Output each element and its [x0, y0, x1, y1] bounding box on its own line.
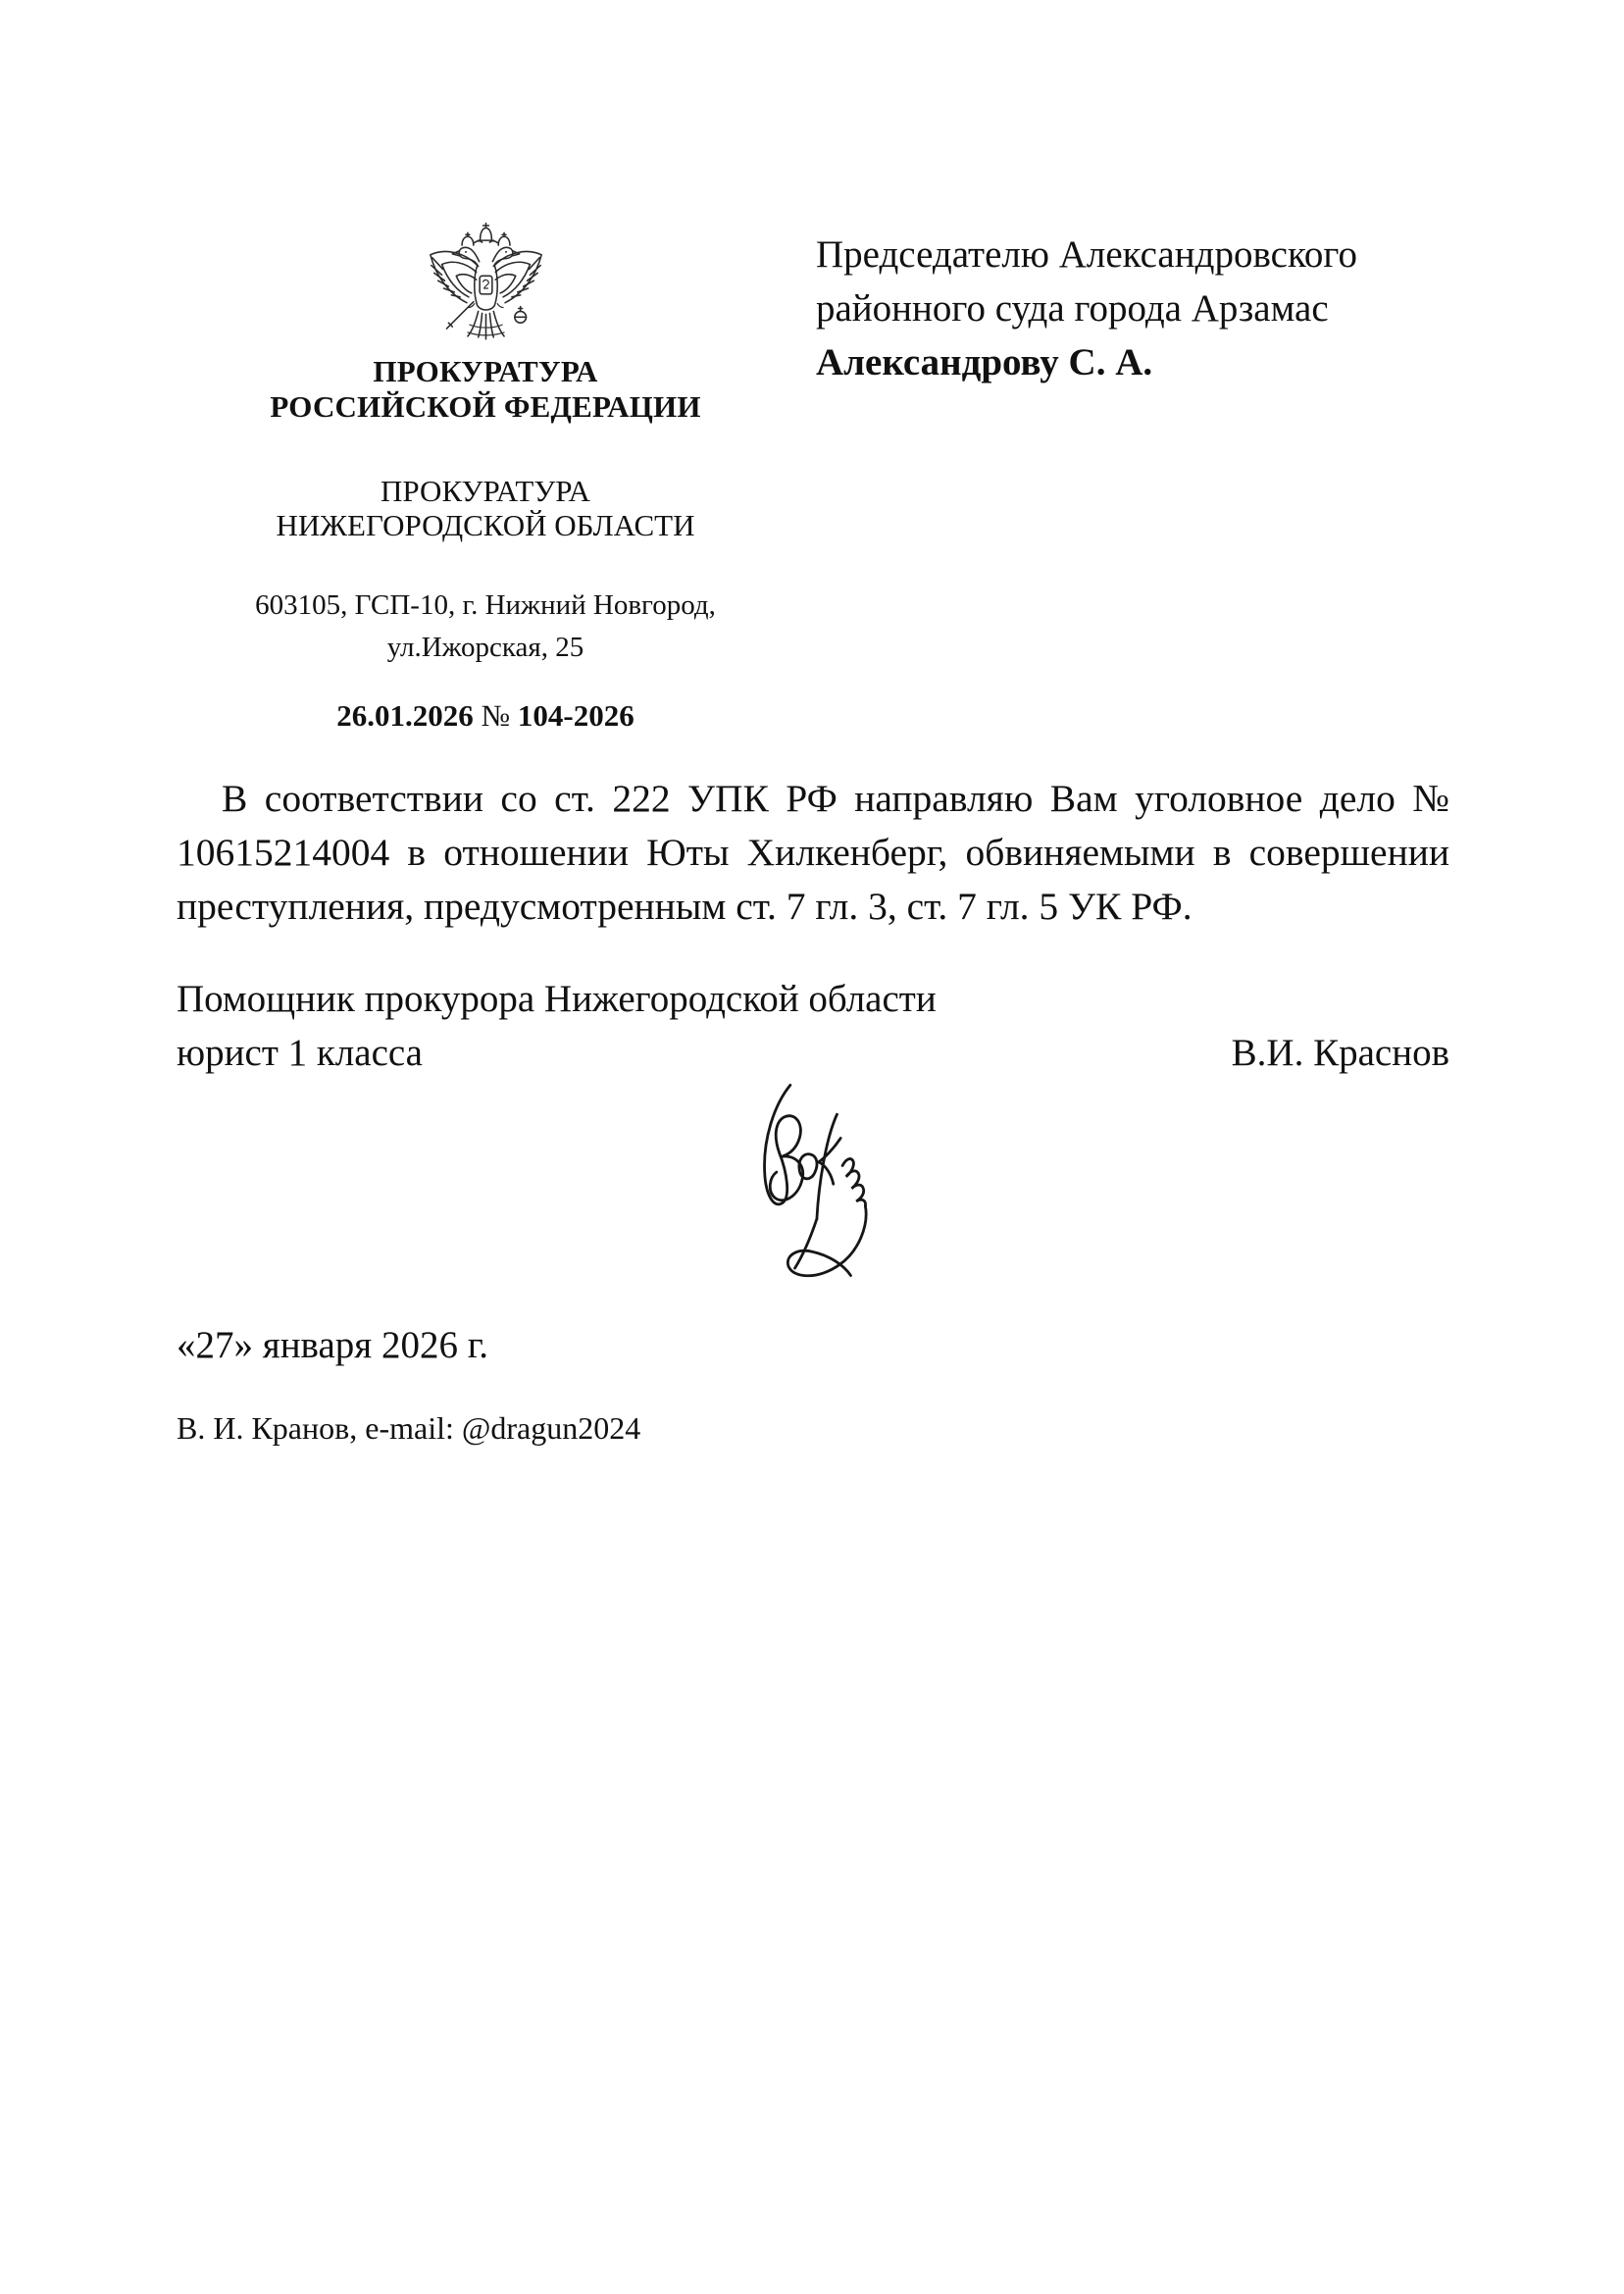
signature-container: [734, 1072, 871, 1293]
org-name-regional: ПРОКУРАТУРА НИЖЕГОРОДСКОЙ ОБЛАСТИ: [177, 474, 794, 542]
addressee-name: Александрову С. А.: [816, 335, 1444, 389]
letter-page: ПРОКУРАТУРА РОССИЙСКОЙ ФЕДЕРАЦИИ ПРОКУРА…: [0, 0, 1624, 2294]
signer-position-line1: Помощник прокурора Нижегородской области: [177, 972, 1449, 1026]
addressee-line2: районного суда города Арзамас: [816, 281, 1444, 335]
addressee-block: Председателю Александровского районного …: [816, 228, 1444, 389]
org-address-line2: ул.Ижорская, 25: [177, 627, 794, 669]
signing-date-line: «27» января 2026 г.: [177, 1318, 488, 1372]
signer-name: В.И. Краснов: [1232, 1026, 1449, 1080]
org-name-regional-line1: ПРОКУРАТУРА: [177, 474, 794, 508]
double-headed-eagle-icon: [424, 220, 548, 357]
document-date: 26.01.2026: [336, 698, 474, 733]
org-address: 603105, ГСП-10, г. Нижний Новгород, ул.И…: [177, 585, 794, 669]
handwritten-signature-image: [734, 1072, 871, 1288]
signer-position-line2: юрист 1 класса: [177, 1026, 423, 1080]
executor-contact-line: В. И. Кранов, e-mail: @dragun2024: [177, 1406, 640, 1450]
addressee-line1: Председателю Александровского: [816, 228, 1444, 281]
body-paragraph: В соответствии со ст. 222 УПК РФ направл…: [177, 772, 1449, 934]
document-date-number: 26.01.2026 № 104-2026: [177, 698, 794, 734]
number-sign: №: [482, 698, 511, 733]
org-name-federal-line2: РОССИЙСКОЙ ФЕДЕРАЦИИ: [177, 389, 794, 425]
org-address-line1: 603105, ГСП-10, г. Нижний Новгород,: [177, 585, 794, 627]
document-number: 104-2026: [518, 698, 634, 733]
org-name-federal-line1: ПРОКУРАТУРА: [177, 354, 794, 389]
coat-of-arms-container: [177, 220, 794, 362]
org-name-regional-line2: НИЖЕГОРОДСКОЙ ОБЛАСТИ: [177, 508, 794, 542]
org-name-federal: ПРОКУРАТУРА РОССИЙСКОЙ ФЕДЕРАЦИИ: [177, 354, 794, 425]
